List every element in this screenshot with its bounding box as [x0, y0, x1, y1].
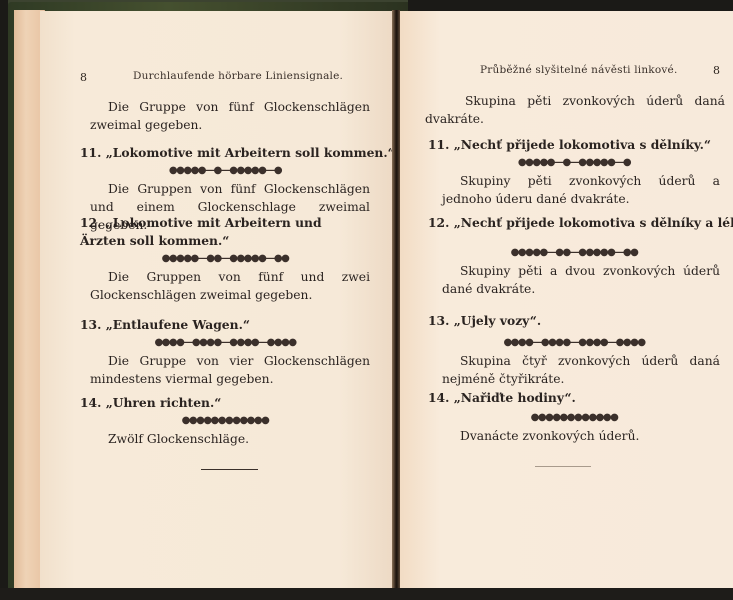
- left-running-head: Durchlaufende hörbare Liniensignale.: [133, 70, 343, 82]
- right-entry-12: 12. „Nechť přijede lokomotiva s dělníky …: [428, 214, 720, 298]
- book-gutter: [392, 10, 400, 596]
- right-continuation: Skupina pěti zvonkových úderů daná dvakr…: [425, 92, 725, 128]
- entry-description: Skupina čtyř zvonkových úderů daná nejmé…: [442, 352, 720, 388]
- entry-description: Die Gruppe von vier Glockenschlägen mind…: [90, 352, 370, 388]
- closing-rule: [201, 469, 258, 470]
- left-page: 8 Durchlaufende hörbare Liniensignale. D…: [40, 11, 392, 594]
- entry-title: 11. „Nechť přijede lokomotiva s dělníky.…: [428, 136, 720, 154]
- right-page: Průběžné slyšitelné návěsti linkové. 8 S…: [400, 11, 733, 588]
- entry-title: 13. „Ujely vozy“.: [428, 312, 720, 330]
- entry-title: 11. „Lokomotive mit Arbeitern soll komme…: [80, 144, 370, 162]
- right-page-number: 8: [713, 64, 720, 77]
- bell-signal-pattern: ●●●●●—●●—●●●●●—●●: [80, 252, 370, 266]
- entry-title: 14. „Uhren richten.“: [80, 394, 370, 412]
- entry-description: Die Gruppen von fünf und zwei Glockensch…: [90, 268, 370, 304]
- bell-signal-pattern: ●●●●●—●—●●●●●—●: [80, 164, 370, 178]
- right-entry-11: 11. „Nechť přijede lokomotiva s dělníky.…: [428, 136, 720, 208]
- closing-rule: [535, 466, 591, 467]
- entry-title: 12. „Lokomotive mit Arbeitern und Ärzten…: [80, 214, 370, 250]
- right-entry-13: 13. „Ujely vozy“. ●●●●—●●●●—●●●●—●●●● Sk…: [428, 312, 720, 388]
- bell-signal-pattern: ●●●●●—●●—●●●●●—●●: [428, 246, 720, 260]
- book-bottom-edge: [0, 588, 733, 600]
- entry-title: 14. „Nařiďte hodiny“.: [428, 389, 720, 407]
- left-continuation: Die Gruppe von fünf Glockenschlägen zwei…: [90, 98, 370, 134]
- entry-description: Skupiny pěti zvonkových úderů a jednoho …: [442, 172, 720, 208]
- entry-title: 13. „Entlaufene Wagen.“: [80, 316, 370, 334]
- left-entry-14: 14. „Uhren richten.“ ●●●●●●●●●●●● Zwölf …: [80, 394, 370, 448]
- right-running-head: Průběžné slyšitelné návěsti linkové.: [480, 64, 677, 76]
- left-entry-12: 12. „Lokomotive mit Arbeitern und Ärzten…: [80, 214, 370, 304]
- bell-signal-pattern: ●●●●—●●●●—●●●●—●●●●: [428, 336, 720, 350]
- entry-description: Skupiny pěti a dvou zvonkových úderů dan…: [442, 262, 720, 298]
- bell-signal-pattern: ●●●●—●●●●—●●●●—●●●●: [80, 336, 370, 350]
- bell-signal-pattern: ●●●●●—●—●●●●●—●: [428, 156, 720, 170]
- bell-signal-pattern: ●●●●●●●●●●●●: [80, 414, 370, 428]
- bell-signal-pattern: ●●●●●●●●●●●●: [428, 411, 720, 425]
- left-page-number: 8: [80, 71, 87, 84]
- entry-description: Dvanácte zvonkových úderů.: [442, 427, 720, 445]
- entry-title: 12. „Nechť přijede lokomotiva s dělníky …: [428, 214, 720, 232]
- right-entry-14: 14. „Nařiďte hodiny“. ●●●●●●●●●●●● Dvaná…: [428, 389, 720, 445]
- left-entry-13: 13. „Entlaufene Wagen.“ ●●●●—●●●●—●●●●—●…: [80, 316, 370, 388]
- entry-description: Zwölf Glockenschläge.: [90, 430, 370, 448]
